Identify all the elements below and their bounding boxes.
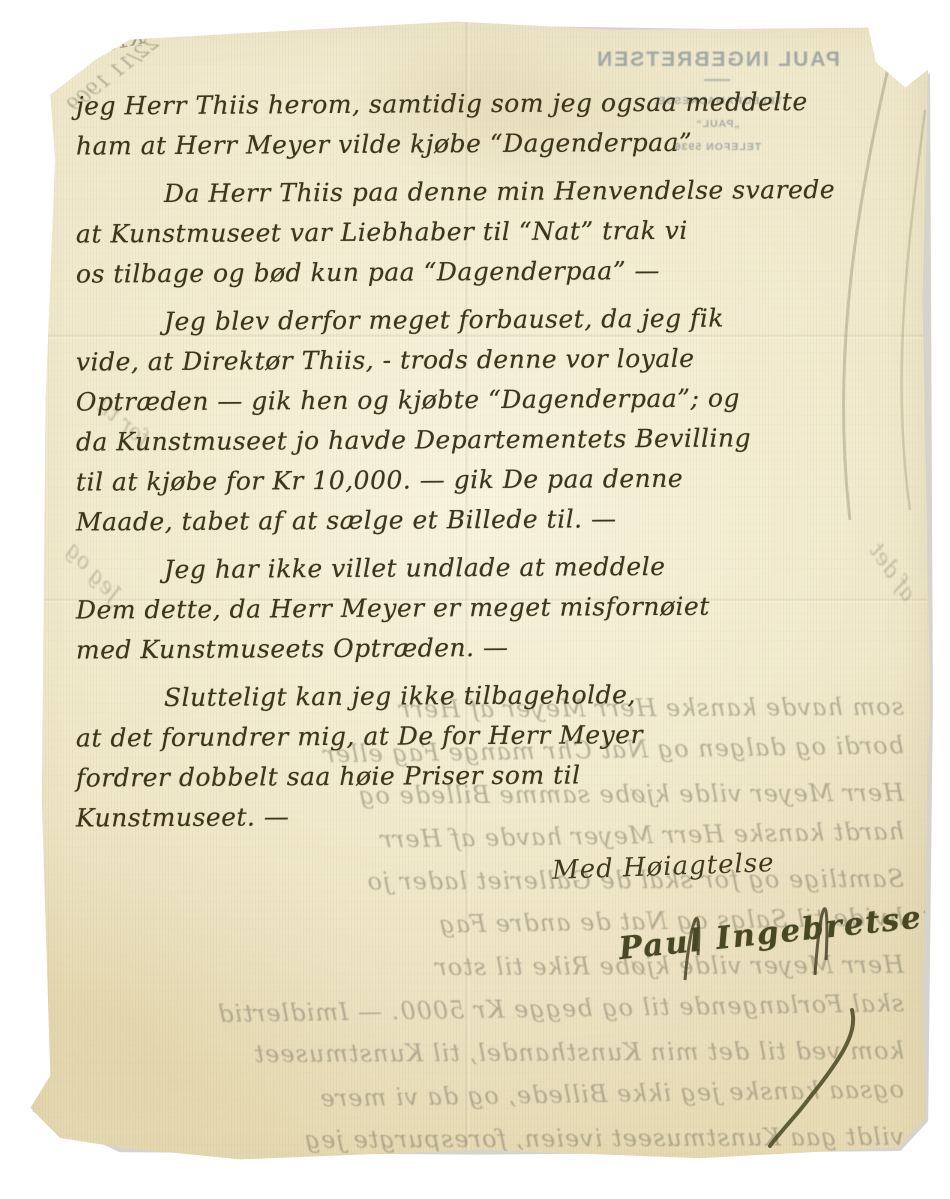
letterhead-rule xyxy=(705,79,731,81)
letter-line: da Kunstmuseet jo havde Departementets B… xyxy=(76,417,908,462)
letterhead-name: PAUL INGEBRETSEN xyxy=(575,48,860,72)
letter-line: Da Herr Thiis paa denne min Henvendelse … xyxy=(76,169,908,214)
letter-paper: PAUL INGEBRETSEN TELEGRAMADRESSE: „PAUL“… xyxy=(0,0,950,1199)
letter-line: Maade, tabet af at sælge et Billede til.… xyxy=(76,497,908,542)
verso-bleedthrough-line: Samtlige og for skal de Galleriet lader … xyxy=(50,865,904,897)
letter-line: os tilbage og bød kun paa “Dagenderpaa” … xyxy=(76,249,908,294)
letter-line: Slutteligt kan jeg ikke tilbageholde, xyxy=(76,673,908,718)
verso-bleedthrough-line: kom ved til det min Kunsthandel, til Kun… xyxy=(50,1037,904,1069)
letter-line: Jeg blev derfor meget forbauset, da jeg … xyxy=(76,297,908,342)
letter-line: vide, at Direktør Thiis, - trods denne v… xyxy=(76,337,908,382)
letter-line: fordrer dobbelt saa høie Priser som til xyxy=(76,753,908,798)
letter-line: Jeg har ikke villet undlade at meddele xyxy=(76,545,908,590)
verso-bleedthrough-line: Herr Meyer vilde kjøbe Rike til stor xyxy=(50,951,904,983)
letter-line: ham at Herr Meyer vilde kjøbe “Dagenderp… xyxy=(76,121,908,166)
signature: Paul Ingebretsen xyxy=(617,897,949,967)
letter-line: Kunstmuseet. — xyxy=(76,793,908,838)
letter-line: Dem dette, da Herr Meyer er meget misfor… xyxy=(76,585,908,630)
closing-line: Med Høiagtelse xyxy=(552,848,776,886)
letter-line: jeg Herr Thiis herom, samtidig som jeg o… xyxy=(76,81,908,126)
letter-body: jeg Herr Thiis herom, samtidig som jeg o… xyxy=(76,84,908,836)
letter-line: at Kunstmuseet var Liebhaber til “Nat” t… xyxy=(76,209,908,254)
letter-scan: PAUL INGEBRETSEN TELEGRAMADRESSE: „PAUL“… xyxy=(0,0,950,1199)
verso-bleedthrough-line: skal Forlangende til og begge Kr 5000. —… xyxy=(50,989,904,1030)
signature-flourish xyxy=(590,860,920,1150)
letter-line: til at kjøbe for Kr 10,000. — gik De paa… xyxy=(76,457,908,502)
letter-line: med Kunstmuseets Optræden. — xyxy=(76,625,908,670)
letter-line: Optræden — gik hen og kjøbte “Dagenderpa… xyxy=(76,377,908,422)
verso-bleedthrough-line: ogsaa kanske jeg ikke Billede, og da vi … xyxy=(50,1075,904,1116)
letter-line: at det forundrer mig, at De for Herr Mey… xyxy=(76,713,908,758)
